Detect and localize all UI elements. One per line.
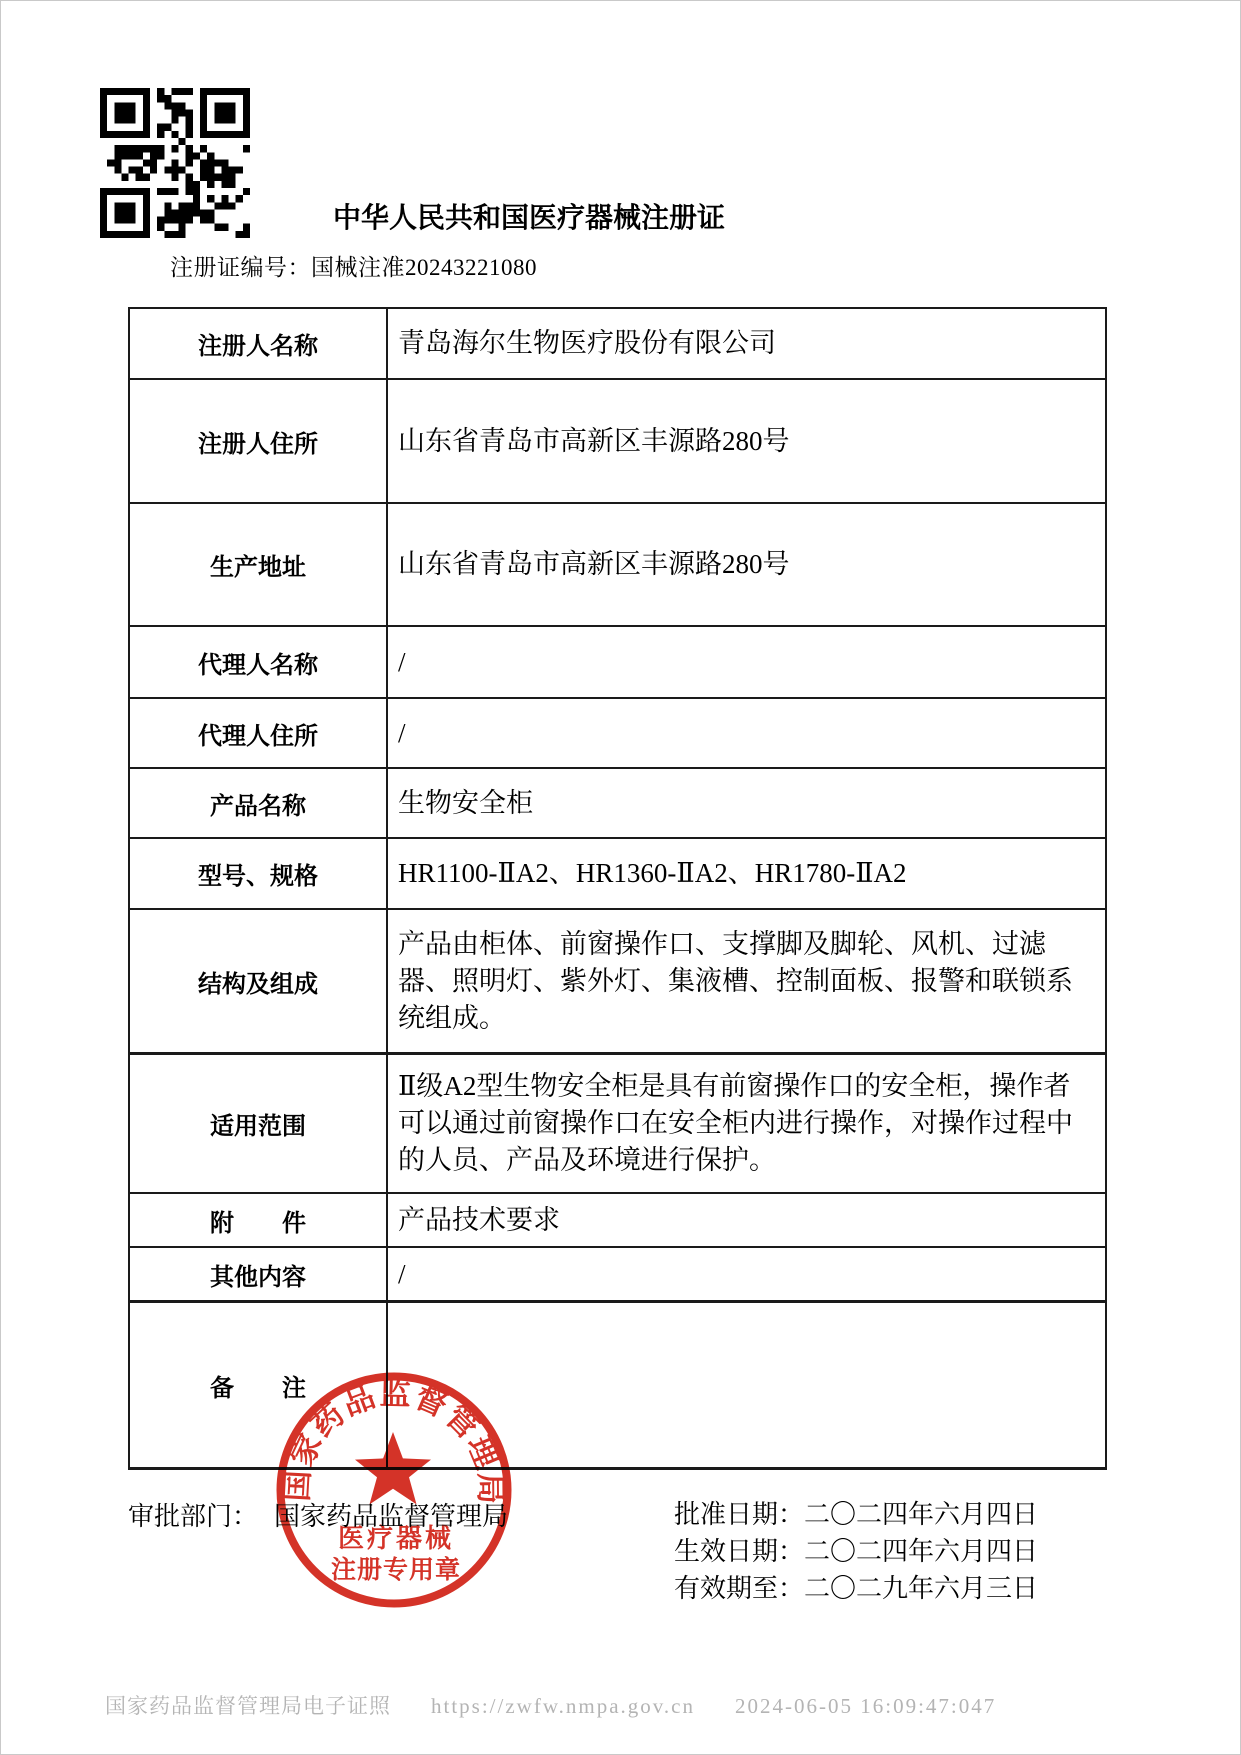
row-value-text: 生物安全柜: [398, 785, 533, 822]
row-label: 结构及组成: [130, 910, 388, 1052]
row-value: 山东省青岛市高新区丰源路280号: [388, 380, 1105, 502]
row-value: /: [388, 627, 1105, 697]
row-label: 代理人名称: [130, 627, 388, 697]
table-row-remarks: 备 注: [130, 1300, 1105, 1467]
row-label: 生产地址: [130, 504, 388, 625]
row-value: [388, 1303, 1105, 1467]
certificate-page: 中华人民共和国医疗器械注册证 注册证编号：国械注准20243221080 注册人…: [0, 0, 1241, 1755]
table-row-product-name: 产品名称 生物安全柜: [130, 767, 1105, 837]
table-row-attachment: 附 件 产品技术要求: [130, 1192, 1105, 1246]
row-value-text: /: [398, 715, 406, 752]
row-value-text: 产品由柜体、前窗操作口、支撑脚及脚轮、风机、过滤器、照明灯、紫外灯、集液槽、控制…: [398, 926, 1089, 1037]
row-value: /: [388, 1248, 1105, 1300]
table-row-structure: 结构及组成 产品由柜体、前窗操作口、支撑脚及脚轮、风机、过滤器、照明灯、紫外灯、…: [130, 908, 1105, 1052]
row-label: 备 注: [130, 1303, 388, 1467]
table-row-production-address: 生产地址 山东省青岛市高新区丰源路280号: [130, 502, 1105, 625]
row-value-text: /: [398, 644, 406, 681]
effective-date: 生效日期：二〇二四年六月四日: [674, 1531, 1038, 1568]
row-value: 山东省青岛市高新区丰源路280号: [388, 504, 1105, 625]
row-label: 附 件: [130, 1194, 388, 1246]
row-value-text: 产品技术要求: [398, 1202, 560, 1239]
row-label: 注册人名称: [130, 309, 388, 378]
approval-department-line: 审批部门：国家药品监督管理局: [128, 1496, 508, 1533]
row-label: 注册人住所: [130, 380, 388, 502]
row-value-text: Ⅱ级A2型生物安全柜是具有前窗操作口的安全柜，操作者可以通过前窗操作口在安全柜内…: [398, 1068, 1089, 1179]
footer-timestamp: 2024-06-05 16:09:47:047: [735, 1694, 996, 1719]
certificate-table: 注册人名称 青岛海尔生物医疗股份有限公司 注册人住所 山东省青岛市高新区丰源路2…: [128, 307, 1107, 1470]
table-row-agent-address: 代理人住所 /: [130, 697, 1105, 767]
approval-department-value: 国家药品监督管理局: [274, 1502, 508, 1531]
row-label: 适用范围: [130, 1055, 388, 1192]
footer-url: https://zwfw.nmpa.gov.cn: [431, 1694, 695, 1719]
row-value: 产品由柜体、前窗操作口、支撑脚及脚轮、风机、过滤器、照明灯、紫外灯、集液槽、控制…: [388, 910, 1105, 1052]
row-label: 代理人住所: [130, 699, 388, 767]
table-row-intended-use: 适用范围 Ⅱ级A2型生物安全柜是具有前窗操作口的安全柜，操作者可以通过前窗操作口…: [130, 1052, 1105, 1192]
row-value: 青岛海尔生物医疗股份有限公司: [388, 309, 1105, 378]
expiry-date: 有效期至：二〇二九年六月三日: [674, 1568, 1038, 1605]
row-value-text: 青岛海尔生物医疗股份有限公司: [398, 325, 776, 362]
row-value-text: 山东省青岛市高新区丰源路280号: [398, 546, 790, 583]
row-value: 生物安全柜: [388, 769, 1105, 837]
table-row-other-content: 其他内容 /: [130, 1246, 1105, 1300]
row-value: /: [388, 699, 1105, 767]
table-row-registrant-name: 注册人名称 青岛海尔生物医疗股份有限公司: [130, 309, 1105, 378]
row-label: 产品名称: [130, 769, 388, 837]
seal-line2: 注册专用章: [331, 1555, 461, 1584]
row-value: HR1100-ⅡA2、HR1360-ⅡA2、HR1780-ⅡA2: [388, 839, 1105, 908]
row-value: 产品技术要求: [388, 1194, 1105, 1246]
footer-issuer: 国家药品监督管理局电子证照: [105, 1690, 391, 1720]
approval-department-label: 审批部门：: [128, 1502, 258, 1531]
qr-code: [100, 88, 250, 238]
row-label: 型号、规格: [130, 839, 388, 908]
row-value-text: 山东省青岛市高新区丰源路280号: [398, 423, 790, 460]
table-row-model-spec: 型号、规格 HR1100-ⅡA2、HR1360-ⅡA2、HR1780-ⅡA2: [130, 837, 1105, 908]
page-title: 中华人民共和国医疗器械注册证: [333, 196, 725, 236]
registration-number: 注册证编号：国械注准20243221080: [170, 249, 537, 282]
table-row-registrant-address: 注册人住所 山东省青岛市高新区丰源路280号: [130, 378, 1105, 502]
approval-date: 批准日期：二〇二四年六月四日: [674, 1494, 1038, 1531]
table-row-agent-name: 代理人名称 /: [130, 625, 1105, 697]
row-value: Ⅱ级A2型生物安全柜是具有前窗操作口的安全柜，操作者可以通过前窗操作口在安全柜内…: [388, 1055, 1105, 1192]
row-value-text: /: [398, 1256, 406, 1293]
row-label: 其他内容: [130, 1248, 388, 1300]
row-value-text: HR1100-ⅡA2、HR1360-ⅡA2、HR1780-ⅡA2: [398, 855, 907, 892]
footer: 国家药品监督管理局电子证照 https://zwfw.nmpa.gov.cn 2…: [105, 1690, 996, 1720]
